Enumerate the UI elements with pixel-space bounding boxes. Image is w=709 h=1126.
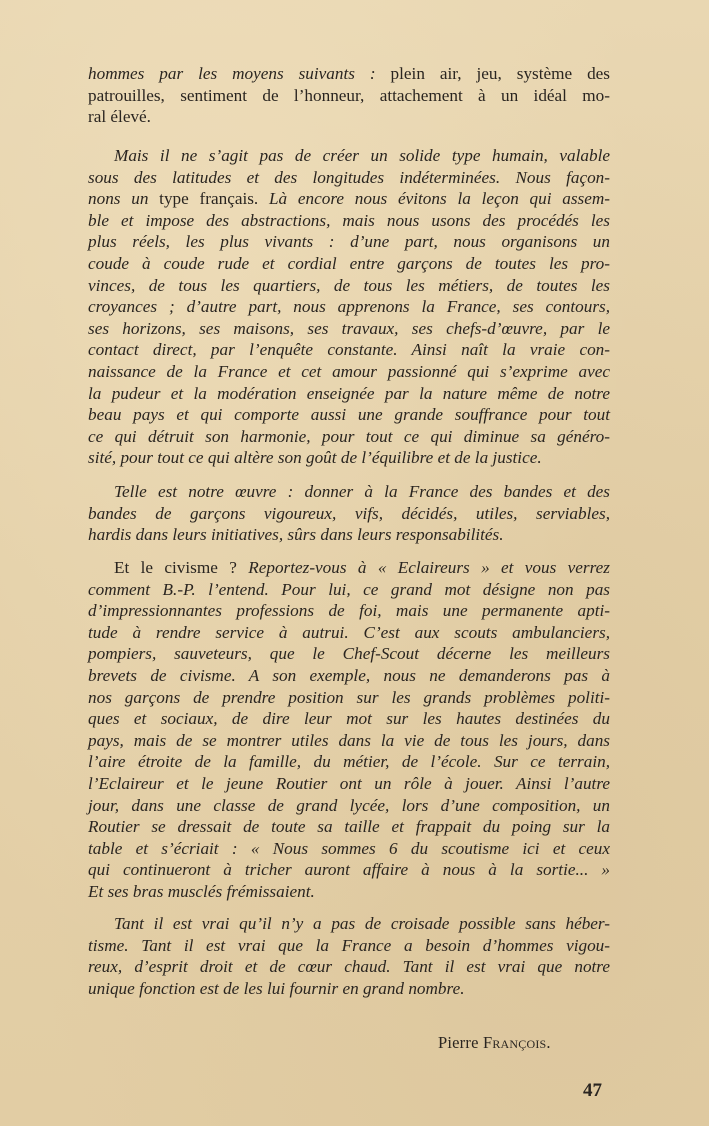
text-line: ble et impose des abstractions, mais nou… (88, 210, 610, 232)
author-signature: Pierre François. (438, 1033, 551, 1053)
text-run: unique fonction est de les lui fournir e… (88, 979, 465, 998)
text-run: pays, mais de se montrer utiles dans la … (88, 731, 610, 750)
text-run: tude à rendre service à autrui. C’est au… (88, 623, 610, 642)
text-line: qui continueront à tricher auront affair… (88, 859, 610, 881)
text-run: croyances ; d’autre part, nous apprenons… (88, 297, 610, 316)
text-run: ble et impose des abstractions, mais nou… (88, 211, 610, 230)
text-run: d’impressionnantes professions de foi, m… (88, 601, 610, 620)
text-run: contact direct, par l’enquête constante.… (88, 340, 610, 359)
text-run: beau pays et qui comporte aussi une gran… (88, 405, 610, 424)
text-run: ce qui détruit son harmonie, pour tout c… (88, 427, 610, 446)
text-run: ses horizons, ses maisons, ses travaux, … (88, 319, 610, 338)
text-line: Et ses bras musclés frémissaient. (88, 881, 610, 903)
text-line: nos garçons de prendre position sur les … (88, 687, 610, 709)
text-run: hommes par les moyens suivants : (88, 64, 376, 83)
text-run: pompiers, sauveteurs, que le Chef-Scout … (88, 644, 610, 663)
text-line: nons un type français. Là encore nous év… (88, 188, 610, 210)
text-line: Mais il ne s’agit pas de créer un solide… (88, 145, 610, 167)
paragraph-5: Tant il est vrai qu’il n’y a pas de croi… (88, 913, 610, 999)
text-run: qui continueront à tricher auront affair… (88, 860, 610, 879)
text-run: brevets de civisme. A son exemple, nous … (88, 666, 610, 685)
text-run: nos garçons de prendre position sur les … (88, 688, 610, 707)
text-run: bandes de garçons vigoureux, vifs, décid… (88, 504, 610, 523)
book-page: hommes par les moyens suivants : plein a… (0, 0, 709, 1126)
text-line: patrouilles, sentiment de l’honneur, att… (88, 85, 610, 107)
text-run: Et le civisme ? (114, 558, 248, 577)
text-line: sité, pour tout ce qui altère son goût d… (88, 447, 610, 469)
text-run: la pudeur et la modération enseignée par… (88, 384, 610, 403)
text-line: plus réels, les plus vivants : d’une par… (88, 231, 610, 253)
text-run: Telle est notre œuvre : donner à la Fran… (114, 482, 610, 501)
text-run: Mais il ne s’agit pas de créer un solide… (114, 146, 610, 165)
text-line: reux, d’esprit droit et de cœur chaud. T… (88, 956, 610, 978)
text-line: Et le civisme ? Reportez-vous à « Eclair… (88, 557, 610, 579)
paragraph-4: Et le civisme ? Reportez-vous à « Eclair… (88, 557, 610, 903)
text-run: naissance de la France et cet amour pass… (88, 362, 610, 381)
text-line: la pudeur et la modération enseignée par… (88, 383, 610, 405)
text-line: hardis dans leurs initiatives, sûrs dans… (88, 524, 610, 546)
author-first-name: Pierre (438, 1033, 483, 1052)
text-line: tude à rendre service à autrui. C’est au… (88, 622, 610, 644)
paragraph-1: hommes par les moyens suivants : plein a… (88, 63, 610, 128)
text-line: hommes par les moyens suivants : plein a… (88, 63, 610, 85)
text-run: reux, d’esprit droit et de cœur chaud. T… (88, 957, 610, 976)
author-last-name: François. (483, 1033, 551, 1052)
page-number: 47 (583, 1080, 602, 1102)
text-run: plein air, jeu, système des (376, 64, 610, 83)
text-run: coude à coude rude et cordial entre garç… (88, 254, 610, 273)
text-run: type français. (148, 189, 269, 208)
text-line: jour, dans une classe de grand lycée, lo… (88, 795, 610, 817)
text-line: table et s’écriait : « Nous sommes 6 du … (88, 838, 610, 860)
paragraph-2: Mais il ne s’agit pas de créer un solide… (88, 145, 610, 469)
text-run: Là encore nous évitons la leçon qui asse… (269, 189, 610, 208)
text-line: ce qui détruit son harmonie, pour tout c… (88, 426, 610, 448)
text-run: sous des latitudes et des longitudes ind… (88, 168, 610, 187)
text-line: pompiers, sauveteurs, que le Chef-Scout … (88, 643, 610, 665)
text-line: brevets de civisme. A son exemple, nous … (88, 665, 610, 687)
text-run: ral élevé. (88, 107, 151, 126)
text-line: sous des latitudes et des longitudes ind… (88, 167, 610, 189)
text-line: l’aire étroite de la famille, du métier,… (88, 751, 610, 773)
text-line: vinces, de tous les quartiers, de tous l… (88, 275, 610, 297)
text-line: croyances ; d’autre part, nous apprenons… (88, 296, 610, 318)
text-run: ques et sociaux, de dire leur mot sur le… (88, 709, 610, 728)
text-line: contact direct, par l’enquête constante.… (88, 339, 610, 361)
text-run: nons un (88, 189, 148, 208)
text-line: naissance de la France et cet amour pass… (88, 361, 610, 383)
text-line: tisme. Tant il est vrai que la France a … (88, 935, 610, 957)
text-run: tisme. Tant il est vrai que la France a … (88, 936, 610, 955)
text-line: ses horizons, ses maisons, ses travaux, … (88, 318, 610, 340)
text-line: coude à coude rude et cordial entre garç… (88, 253, 610, 275)
text-line: bandes de garçons vigoureux, vifs, décid… (88, 503, 610, 525)
text-line: Tant il est vrai qu’il n’y a pas de croi… (88, 913, 610, 935)
text-run: Et ses bras musclés frémissaient. (88, 882, 315, 901)
text-run: l’aire étroite de la famille, du métier,… (88, 752, 610, 771)
text-line: beau pays et qui comporte aussi une gran… (88, 404, 610, 426)
text-run: comment B.-P. l’entend. Pour lui, ce gra… (88, 580, 610, 599)
text-line: comment B.-P. l’entend. Pour lui, ce gra… (88, 579, 610, 601)
text-line: d’impressionnantes professions de foi, m… (88, 600, 610, 622)
text-run: vinces, de tous les quartiers, de tous l… (88, 276, 610, 295)
text-line: pays, mais de se montrer utiles dans la … (88, 730, 610, 752)
text-run: Routier se dressait de toute sa taille e… (88, 817, 610, 836)
text-run: Reportez-vous à « Eclaireurs » et vous v… (248, 558, 610, 577)
text-run: table et s’écriait : « Nous sommes 6 du … (88, 839, 610, 858)
text-line: unique fonction est de les lui fournir e… (88, 978, 610, 1000)
text-line: l’Eclaireur et le jeune Routier ont un r… (88, 773, 610, 795)
text-run: hardis dans leurs initiatives, sûrs dans… (88, 525, 504, 544)
paragraph-3: Telle est notre œuvre : donner à la Fran… (88, 481, 610, 546)
text-run: Tant il est vrai qu’il n’y a pas de croi… (114, 914, 610, 933)
text-line: ral élevé. (88, 106, 610, 128)
text-run: jour, dans une classe de grand lycée, lo… (88, 796, 610, 815)
text-run: sité, pour tout ce qui altère son goût d… (88, 448, 542, 467)
text-run: patrouilles, sentiment de l’honneur, att… (88, 86, 610, 105)
text-line: ques et sociaux, de dire leur mot sur le… (88, 708, 610, 730)
text-run: l’Eclaireur et le jeune Routier ont un r… (88, 774, 610, 793)
text-line: Telle est notre œuvre : donner à la Fran… (88, 481, 610, 503)
text-run: plus réels, les plus vivants : d’une par… (88, 232, 610, 251)
text-line: Routier se dressait de toute sa taille e… (88, 816, 610, 838)
